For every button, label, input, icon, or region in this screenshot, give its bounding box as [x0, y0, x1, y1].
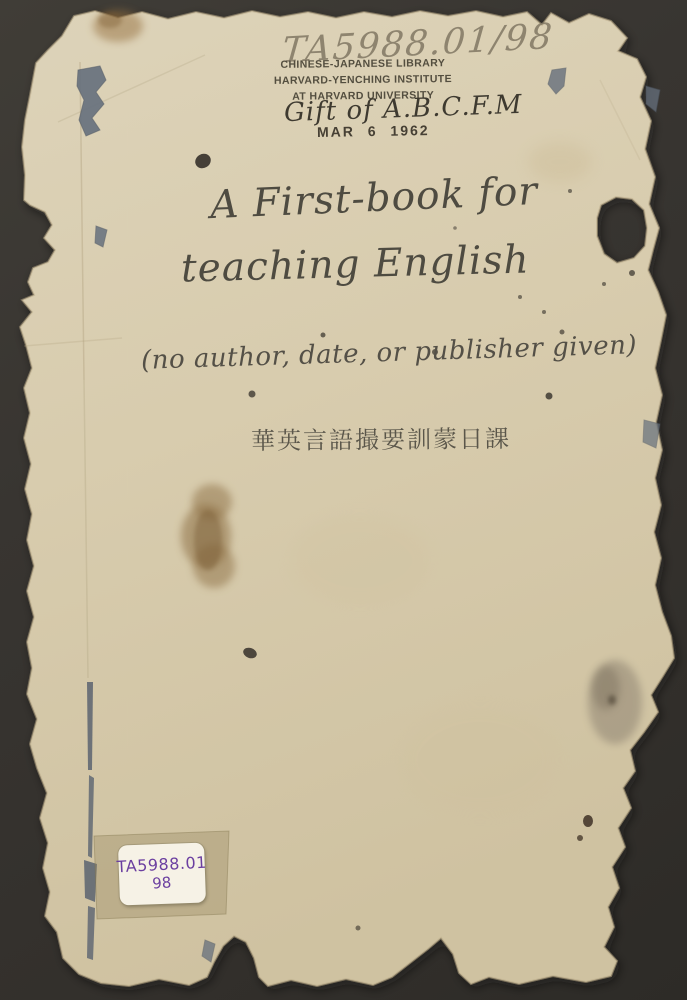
scanned-book-cover: TA5988.01/98 CHINESE-JAPANESE LIBRARY HA… — [0, 0, 687, 1000]
handwritten-title-line-2: teaching English — [180, 237, 530, 291]
right-edge-smudge — [588, 660, 642, 744]
handwritten-chinese-title: 華英言語撮要訓蒙日課 — [251, 419, 511, 456]
library-stamp-line-2: HARVARD-YENCHING INSTITUTE — [260, 71, 466, 89]
call-number-label-line-2: 98 — [152, 874, 172, 893]
paper-artwork — [0, 0, 687, 1000]
call-number-label: TA5988.01 98 — [118, 843, 206, 906]
date-stamp: MAR 6 1962 — [317, 122, 430, 140]
